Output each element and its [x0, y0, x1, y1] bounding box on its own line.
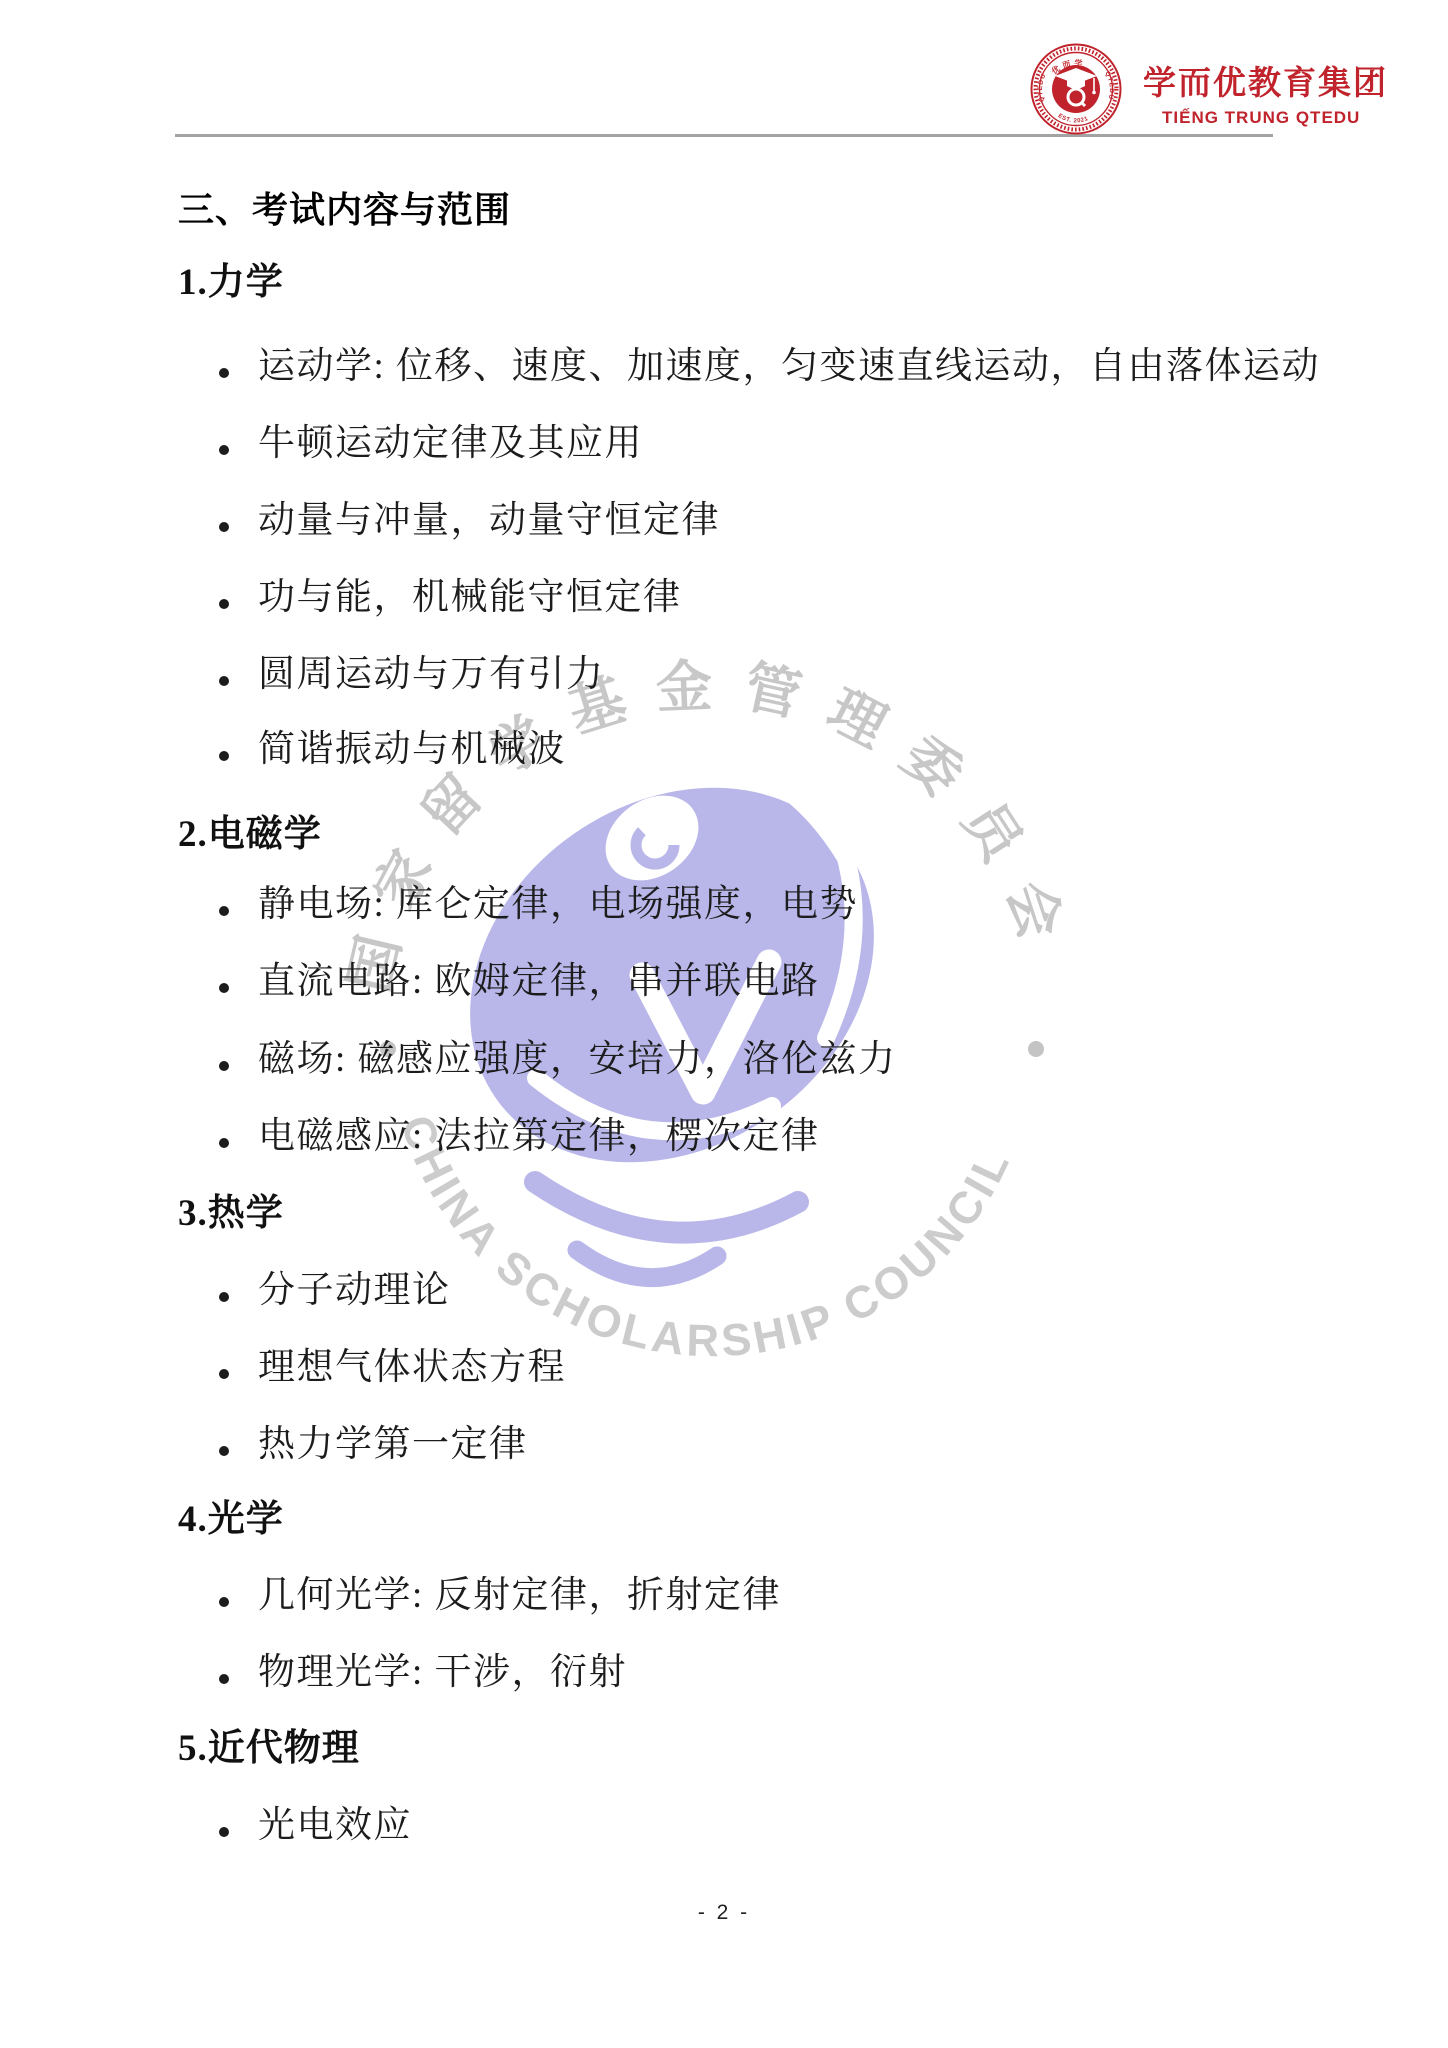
bullet-dot — [219, 1446, 229, 1456]
csc-emblem-ripples — [535, 1182, 798, 1278]
bullet-dot — [219, 1292, 229, 1302]
page-title: 三、考试内容与范围 — [178, 189, 511, 230]
document-page: { "page": { "number_label": "- 2 -" }, "… — [0, 0, 1448, 2048]
brand-name-cn: 学而优教育集团 — [1143, 66, 1388, 102]
bullet-text: 直流电路: 欧姆定律，串并联电路 — [258, 961, 820, 1004]
section-heading: 5.近代物理 — [178, 1728, 360, 1771]
section-heading: 1.力学 — [178, 262, 284, 305]
bullet-text: 动量与冲量，动量守恒定律 — [258, 500, 720, 543]
bullet-text: 几何光学: 反射定律，折射定律 — [258, 1575, 781, 1618]
bullet-text: 圆周运动与万有引力 — [258, 654, 605, 697]
bullet-dot — [219, 1674, 229, 1684]
bullet-dot — [219, 676, 229, 686]
bullet-dot — [219, 906, 229, 916]
section-heading: 3.热学 — [178, 1193, 284, 1236]
bullet-dot — [219, 1597, 229, 1607]
watermark-ring-text-cn: 国家留学基金管理委员会 — [337, 653, 1081, 998]
bullet-text: 物理光学: 干涉，衍射 — [258, 1652, 627, 1695]
page-number: - 2 - — [0, 1901, 1448, 1925]
qtedu-seal-logo: 优而学 QTEDU QTEDU EST. 2021 — [1028, 41, 1124, 137]
brand-name-sub: TIẾNG TRUNG QTEDU — [1162, 108, 1360, 128]
bullet-text: 磁场: 磁感应强度，安培力，洛伦兹力 — [258, 1039, 897, 1082]
bullet-text: 简谐振动与机械波 — [258, 729, 566, 772]
bullet-text: 牛顿运动定律及其应用 — [258, 423, 643, 466]
bullet-text: 电磁感应: 法拉第定律，楞次定律 — [258, 1116, 820, 1159]
bullet-dot — [219, 599, 229, 609]
section-heading: 2.电磁学 — [178, 814, 322, 857]
bullet-dot — [219, 1138, 229, 1148]
bullet-text: 光电效应 — [258, 1805, 412, 1848]
bullet-text: 热力学第一定律 — [258, 1424, 528, 1467]
bullet-text: 功与能，机械能守恒定律 — [258, 577, 682, 620]
bullet-dot — [219, 522, 229, 532]
watermark-right-dot — [1028, 1041, 1044, 1057]
bullet-dot — [219, 368, 229, 378]
bullet-dot — [219, 1827, 229, 1837]
bullet-dot — [219, 1369, 229, 1379]
bullet-text: 分子动理论 — [258, 1270, 451, 1313]
bullet-dot — [219, 983, 229, 993]
bullet-text: 理想气体状态方程 — [258, 1347, 566, 1390]
bullet-dot — [219, 445, 229, 455]
bullet-dot — [219, 1061, 229, 1071]
bullet-dot — [219, 751, 229, 761]
bullet-text: 运动学: 位移、速度、加速度，匀变速直线运动，自由落体运动 — [258, 346, 1320, 389]
bullet-text: 静电场: 库仑定律，电场强度，电势 — [258, 884, 858, 927]
section-heading: 4.光学 — [178, 1499, 284, 1542]
